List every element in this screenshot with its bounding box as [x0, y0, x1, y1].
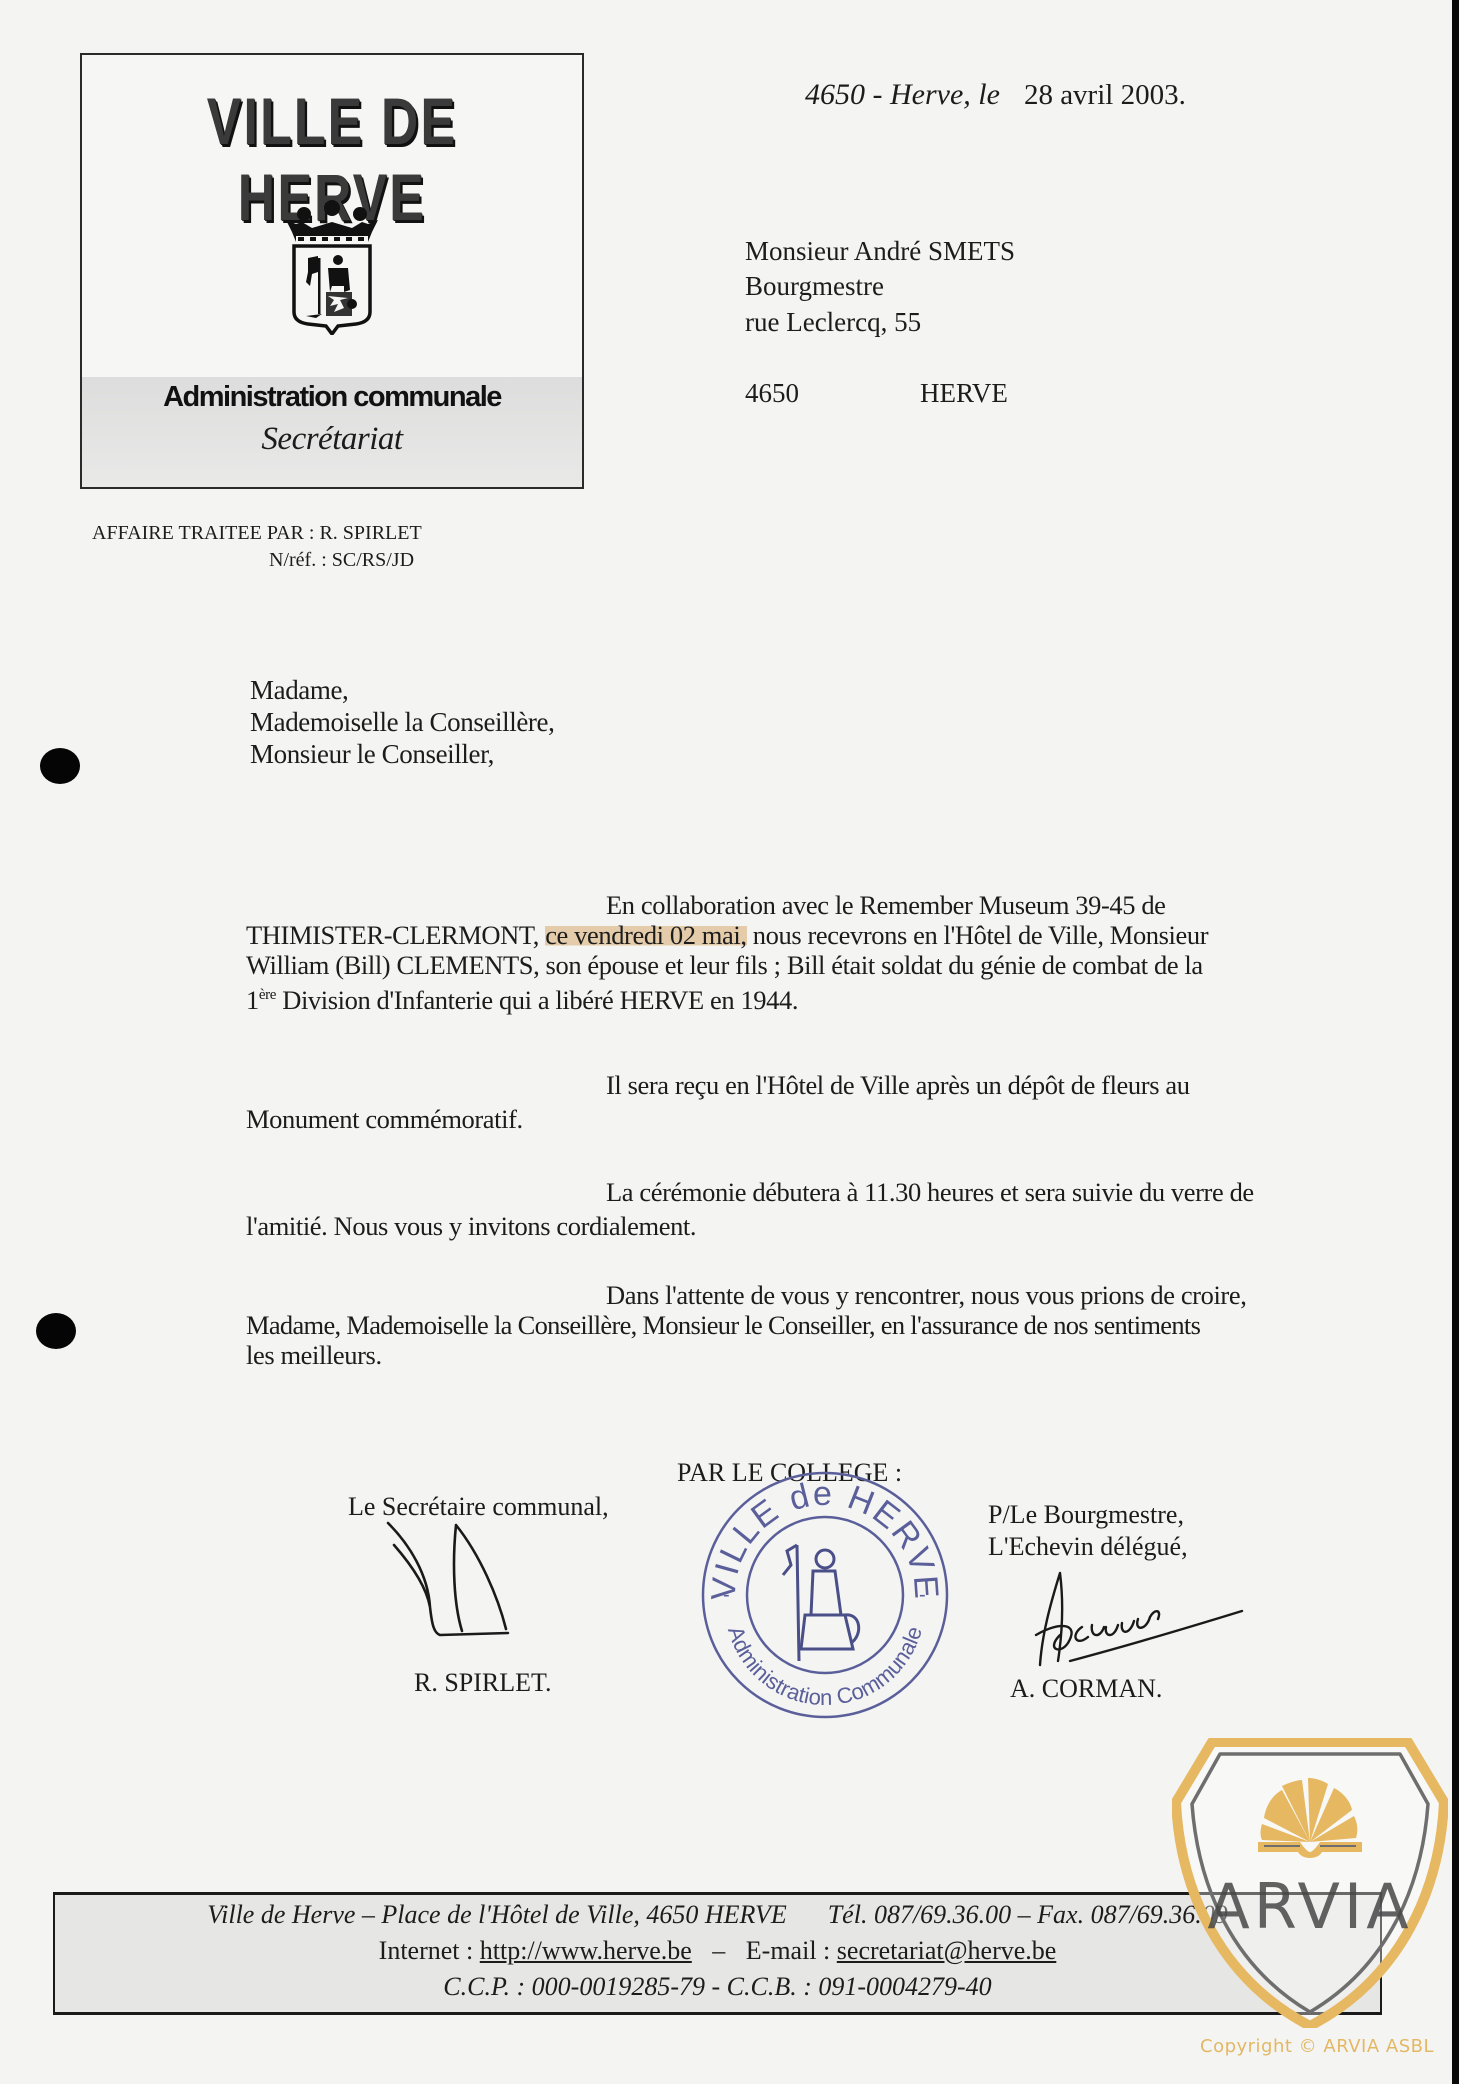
our-ref-label: N/réf. — [269, 549, 316, 571]
letterhead-box: VILLE DE HERVE Administration communale … — [80, 53, 584, 489]
p1-line: William (Bill) CLEMENTS, son épouse et l… — [246, 950, 1356, 980]
p4-line: Madame, Mademoiselle la Conseillère, Mon… — [246, 1310, 1356, 1340]
p3-line: La cérémonie débutera à 11.30 heures et … — [246, 1175, 1356, 1209]
secretary-signature-icon — [380, 1515, 520, 1640]
secretary-name: R. SPIRLET. — [414, 1668, 551, 1698]
punch-hole — [36, 1313, 76, 1349]
punch-hole — [40, 748, 80, 784]
text: nous recevrons en l'Hôtel de Ville, Mons… — [747, 920, 1209, 950]
our-ref-value: SC/RS/JD — [332, 549, 414, 571]
scan-edge — [1452, 0, 1459, 2084]
paragraph-4: Dans l'attente de vous y rencontrer, nou… — [246, 1280, 1356, 1370]
alderman-name: A. CORMAN. — [1010, 1674, 1162, 1704]
our-ref-row: N/réf. : SC/RS/JD — [92, 547, 422, 574]
salutation-line: Madame, — [250, 674, 554, 706]
mayor-role: P/Le Bourgmestre, — [988, 1500, 1184, 1530]
p1-line: 1ère Division d'Infanterie qui a libéré … — [246, 980, 1356, 1015]
separator: : — [321, 549, 327, 571]
email-label: E-mail : — [746, 1936, 830, 1965]
p2-line: Il sera reçu en l'Hôtel de Ville après u… — [246, 1068, 1356, 1102]
email-link[interactable]: secretariat@herve.be — [837, 1936, 1057, 1965]
separator: : — [309, 522, 315, 544]
p1-line: THIMISTER-CLERMONT, ce vendredi 02 mai, … — [246, 920, 1356, 950]
handled-by-row: AFFAIRE TRAITEE PAR : R. SPIRLET — [92, 520, 422, 547]
recipient-street: rue Leclercq, 55 — [745, 307, 921, 338]
date-place: 4650 - Herve, le — [805, 78, 1000, 111]
alderman-signature-icon — [1030, 1565, 1250, 1675]
p3-line: l'amitié. Nous vous y invitons cordialem… — [246, 1209, 1356, 1243]
svg-text:ARVIA: ARVIA — [1207, 1870, 1412, 1943]
reference-block: AFFAIRE TRAITEE PAR : R. SPIRLET N/réf. … — [92, 520, 422, 574]
text: THIMISTER-CLERMONT, — [246, 920, 545, 950]
salutation: Madame, Mademoiselle la Conseillère, Mon… — [250, 674, 554, 770]
p4-line: les meilleurs. — [246, 1340, 1356, 1370]
text: 1 — [246, 985, 259, 1015]
salutation-line: Mademoiselle la Conseillère, — [250, 706, 554, 738]
ordinal-suffix: ère — [259, 987, 276, 1003]
paragraph-2: Il sera reçu en l'Hôtel de Ville après u… — [246, 1068, 1356, 1136]
text: Division d'Infanterie qui a libéré HERVE… — [276, 985, 798, 1015]
letter-date: 28 avril 2003. — [1024, 79, 1186, 111]
handled-by-label: AFFAIRE TRAITEE PAR — [92, 522, 304, 544]
svg-text:-: - — [723, 1584, 730, 1606]
salutation-line: Monsieur le Conseiller, — [250, 738, 554, 770]
paragraph-1: En collaboration avec le Remember Museum… — [246, 890, 1356, 1015]
svg-text:-: - — [919, 1584, 926, 1606]
copyright-notice: Copyright © ARVIA ASBL — [1200, 2036, 1434, 2057]
internet-label: Internet : — [379, 1936, 474, 1965]
svg-text:VILLE de HERVE: VILLE de HERVE — [704, 1475, 945, 1602]
recipient-city: HERVE — [920, 378, 1008, 409]
p2-line: Monument commémoratif. — [246, 1102, 1356, 1136]
department-label: Administration communale — [82, 381, 582, 414]
arvia-shield-icon: ARVIA — [1172, 1738, 1448, 2028]
svg-text:Administration Communale: Administration Communale — [723, 1623, 927, 1710]
official-stamp-icon: VILLE de HERVE Administration Communale … — [695, 1465, 955, 1725]
date-line: 4650 - Herve, le28 avril 2003. — [805, 78, 1186, 112]
p4-line: Dans l'attente de vous y rencontrer, nou… — [246, 1280, 1356, 1310]
recipient-postcode: 4650 — [745, 378, 799, 409]
p1-line: En collaboration avec le Remember Museum… — [246, 890, 1356, 920]
service-label: Secrétariat — [82, 421, 582, 458]
website-link[interactable]: http://www.herve.be — [480, 1936, 692, 1965]
paragraph-3: La cérémonie débutera à 11.30 heures et … — [246, 1175, 1356, 1243]
footer-phone: Tél. 087/69.36.00 – Fax. 087/69.36.09 — [828, 1900, 1228, 1929]
footer-address: Ville de Herve – Place de l'Hôtel de Vil… — [207, 1900, 787, 1929]
coat-of-arms-icon — [282, 200, 382, 335]
dash: – — [712, 1936, 725, 1965]
recipient-title: Bourgmestre — [745, 271, 884, 302]
handled-by-value: R. SPIRLET — [319, 522, 421, 544]
highlighted-date: ce vendredi 02 mai, — [545, 920, 746, 950]
alderman-role: L'Echevin délégué, — [988, 1532, 1188, 1562]
recipient-name: Monsieur André SMETS — [745, 236, 1015, 267]
